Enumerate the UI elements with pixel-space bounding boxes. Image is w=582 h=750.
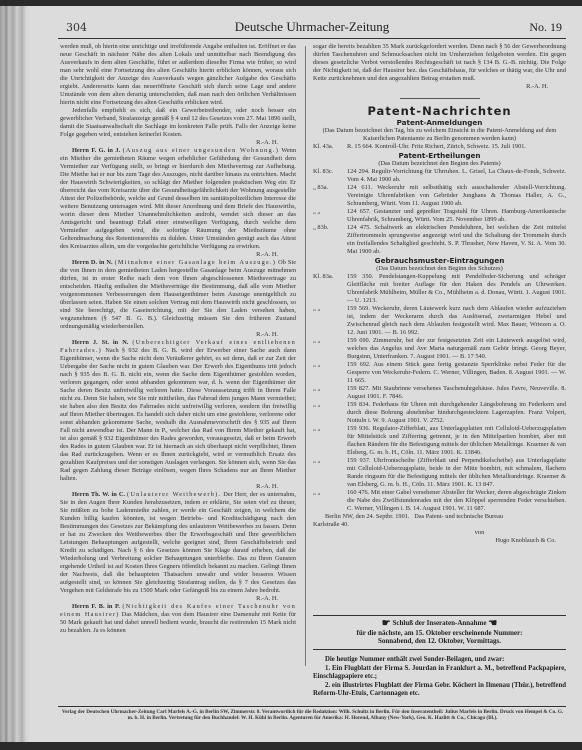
footer-divider [58, 706, 566, 707]
patent-entry: „ „ 124 657. Gestanzter und gepreßter Tr… [313, 208, 566, 224]
addressee: Herrn F. B. in P. [72, 603, 120, 610]
signature: R.-A. H. [60, 331, 296, 339]
newspaper-page: 304 Deutsche Uhrmacher-Zeitung No. 19 we… [0, 6, 582, 742]
signature: R.-A. H. [313, 83, 566, 91]
bureau-address: Karlstraße 40. [313, 521, 566, 529]
patent-class: Kl. 43a. [313, 143, 347, 151]
subheading-note: (Das Datum bezeichnet den Beginn des Sch… [313, 265, 566, 273]
patent-entry: Kl. 43a. R. 15 664. Kontroll-Uhr. Fritz … [313, 143, 566, 151]
signature: R.-A. H. [60, 483, 296, 491]
gebrauchsmuster-entry: „ „ 159 690. Zimmeruhr, bei der zur fest… [313, 337, 566, 361]
patent-class: „ „ [313, 385, 347, 401]
patent-class: „ „ [313, 401, 347, 425]
supplement-item-2: 2. ein illustrirtes Flugblatt der Firma … [313, 682, 566, 699]
patent-text: 124 294. Regulir-Vorrichtung für Uhrruhe… [347, 168, 566, 184]
addressee: Herrn D. in N. [72, 259, 113, 266]
gebrauchsmuster-entry: „ „ 159 692. Aus einem Stück ganz fertig… [313, 361, 566, 385]
notice-line-1: Schluß der Inseraten-Annahme [393, 619, 487, 627]
signature: R.-A. H. [60, 139, 296, 147]
answer-text: Nach § 932 des B. G. B. wird der Erwerbe… [60, 347, 296, 482]
patent-text: 159 569. Weckeruhr, deren Läutewerk kurz… [347, 305, 566, 337]
article-continuation: sogar die bereits bezahlten 35 Mark zurü… [313, 43, 566, 83]
patent-text: 160 476. Mit einer Gabel versehener Abst… [347, 489, 566, 513]
patent-entry: Kl. 83c. 124 294. Regulir-Vorrichtung fü… [313, 168, 566, 184]
column-divider [305, 46, 306, 666]
notice-line-2: für die nächste, am 15. Oktober erschein… [313, 629, 566, 638]
subheading-anmeldungen: Patent-Anmeldungen [313, 118, 566, 127]
gebrauchsmuster-entry: „ „ 159 937. Uhrfrontscheibe (Zifferblat… [313, 457, 566, 489]
addressee: Herrn F. G. in J. [72, 147, 120, 154]
gebrauchsmuster-entry: „ „ 160 476. Mit einer Gabel versehener … [313, 489, 566, 513]
patent-text: R. 15 664. Kontroll-Uhr. Fritz Richert, … [347, 143, 566, 151]
patent-class: „ „ [313, 457, 347, 489]
section-divider [400, 98, 480, 99]
legal-answer: Herrn D. in N. (Mitnahme einer Gasanlage… [60, 259, 296, 331]
patent-text: 159 690. Zimmeruhr, bei der zur festgese… [347, 337, 566, 361]
patent-text: 159 834. Federhaus für Uhren mit durchge… [347, 401, 566, 425]
subheading-note: (Das Datum bezeichnet den Tag, bis zu we… [313, 127, 566, 143]
pointing-hand-left-icon: ☚ [488, 620, 497, 629]
notice-line-3: Sonnabend, den 12. Oktober, Vormittags. [313, 637, 566, 646]
legal-answer: Herrn Th. W. in C. (Unlauterer Wettbewer… [60, 491, 296, 595]
patent-text: 159 350. Pendelstangen-Kuppelung mit Pen… [347, 273, 566, 305]
subheading-note: (Das Datum bezeichnet den Beginn des Pat… [313, 160, 566, 168]
gebrauchsmuster-entry: „ „ 159 936. Regulator-Zifferblatt, aus … [313, 425, 566, 457]
patent-entry: „ 83a. 124 611. Weckeruhr mit selbstthät… [313, 184, 566, 208]
topic: (Mitnahme einer Gasanlage beim Auszuge.) [115, 259, 277, 266]
right-column: sogar die bereits bezahlten 35 Mark zurü… [313, 43, 566, 545]
patent-text: 159 827. Mit Staubrinne versehenes Tasch… [347, 385, 566, 401]
section-heading-patent-nachrichten: Patent-Nachrichten [313, 104, 566, 118]
answer-text: Wenn ein Miether die gemietheten Räume w… [60, 147, 296, 250]
patent-text: 124 475. Schaltwerk an elektrischen Pend… [347, 224, 566, 256]
patent-class: „ „ [313, 361, 347, 385]
dateline-date: Berlin NW, den 24. Septbr. 1901. [325, 513, 410, 520]
subheading-gebrauchsmuster: Gebrauchsmuster-Eintragungen [313, 256, 566, 265]
page-header: 304 Deutsche Uhrmacher-Zeitung No. 19 [58, 16, 566, 39]
patent-class: Kl. 83a. [313, 273, 347, 305]
supplements-intro: Die heutige Nummer enthält zwei Sonder-B… [313, 656, 566, 665]
signature: R.-A. H. [60, 251, 296, 259]
article-paragraph: Jedenfalls empfiehlt es sich, daß ein Ge… [60, 107, 296, 139]
patent-class: „ „ [313, 337, 347, 361]
patent-text: 124 611. Weckeruhr mit selbstthätig sich… [347, 184, 566, 208]
legal-answer: Herrn J. St. in N. (Unberechtigter Verka… [60, 339, 296, 483]
patent-text: 124 657. Gestanzter und gepreßter Tragst… [347, 208, 566, 224]
pointing-hand-right-icon: ☛ [382, 620, 391, 629]
von-text: von [313, 529, 566, 537]
patent-entry: „ 83b. 124 475. Schaltwerk an elektrisch… [313, 224, 566, 256]
gebrauchsmuster-entry: „ „ 159 827. Mit Staubrinne versehenes T… [313, 385, 566, 401]
dateline: Berlin NW, den 24. Septbr. 1901. Das Pat… [313, 513, 566, 521]
publication-title: Deutsche Uhrmacher-Zeitung [58, 19, 566, 35]
legal-answer: Herrn F. B. in P. (Nichtigkeit des Kaufe… [60, 603, 296, 635]
firm-name: Hugo Knoblauch & Co. [313, 537, 566, 545]
topic: (Unlauterer Wettbewerb). [127, 491, 221, 498]
subheading-ertheilungen: Patent-Ertheilungen [313, 151, 566, 160]
bureau-name: Das Patent- und technische Bureau [414, 513, 503, 520]
supplements-notice: Die heutige Nummer enthält zwei Sonder-B… [313, 656, 566, 699]
patent-class: „ „ [313, 489, 347, 513]
publisher-imprint: Verlag der Deutschen Uhrmacher-Zeitung C… [60, 709, 565, 722]
patent-class: Kl. 83c. [313, 168, 347, 184]
book-spine-edge [0, 6, 30, 742]
left-column: werden muß, ob hierin eine unrichtige un… [60, 43, 296, 635]
supplement-item-1: 1. Ein Flugblatt der Firma S. Jourdan in… [313, 665, 566, 682]
legal-answer: Herrn F. G. in J. (Auszug aus einer unge… [60, 147, 296, 251]
signature: R.-A. H. [60, 595, 296, 603]
gebrauchsmuster-entry: „ „ 159 834. Federhaus für Uhren mit dur… [313, 401, 566, 425]
addressee: Herrn J. St. in N. [72, 339, 128, 346]
patent-text: 159 692. Aus einem Stück ganz fertig ges… [347, 361, 566, 385]
advertisement-deadline-notice: ☛ Schluß der Inseraten-Annahme ☚ für die… [313, 615, 566, 650]
answer-text: Ob Sie die von Ihnen in dem gemietheten … [60, 259, 296, 330]
gebrauchsmuster-entry: Kl. 83a. 159 350. Pendelstangen-Kuppelun… [313, 273, 566, 305]
patent-class: „ „ [313, 425, 347, 457]
issue-number: No. 19 [529, 20, 562, 35]
patent-text: 159 936. Regulator-Zifferblatt, aus Unte… [347, 425, 566, 457]
gebrauchsmuster-entry: „ „ 159 569. Weckeruhr, deren Läutewerk … [313, 305, 566, 337]
addressee: Herrn Th. W. in C. [72, 491, 125, 498]
patent-class: „ „ [313, 208, 347, 224]
patent-class: „ „ [313, 305, 347, 337]
patent-class: „ 83b. [313, 224, 347, 256]
patent-class: „ 83a. [313, 184, 347, 208]
patent-text: 159 937. Uhrfrontscheibe (Zifferblatt un… [347, 457, 566, 489]
answer-text: Der Herr, der es unternahm, Sie in den A… [60, 491, 296, 594]
article-continuation: werden muß, ob hierin eine unrichtige un… [60, 43, 296, 107]
topic: (Auszug aus einer ungesunden Wohnung.) [123, 147, 279, 154]
